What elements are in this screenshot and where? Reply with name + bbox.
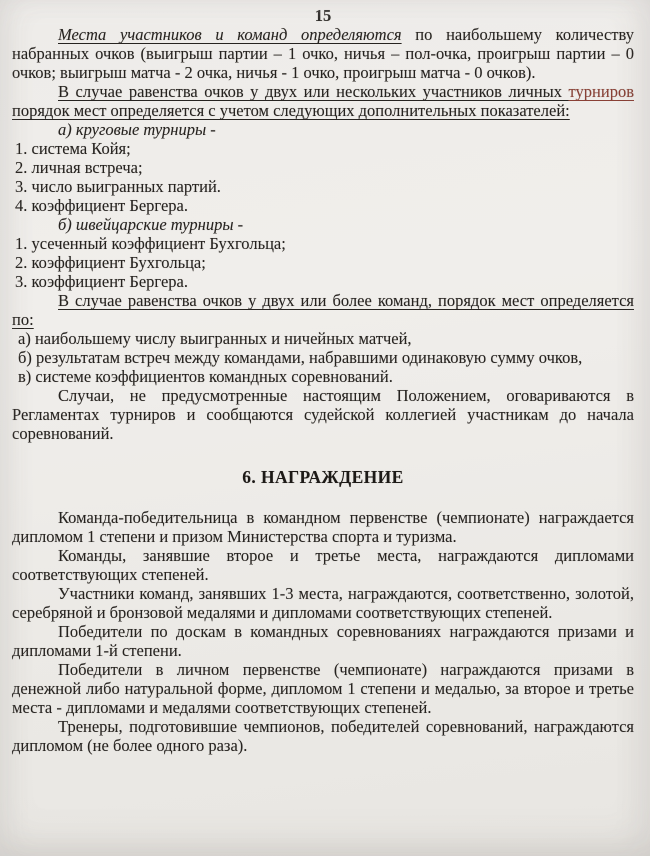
paragraph-tie-individual: В случае равенства очков у двух или неск…	[12, 82, 634, 120]
swiss-list-header: б) швейцарские турниры -	[12, 215, 634, 234]
award-paragraph-team-winner: Команда-победительница в командном перве…	[12, 508, 634, 546]
page-number: 15	[12, 6, 634, 25]
section-heading-awards: 6. НАГРАЖДЕНИЕ	[12, 468, 634, 487]
round-robin-list-header: а) круговые турниры -	[12, 120, 634, 139]
award-paragraph-trainers: Тренеры, подготовившие чемпионов, победи…	[12, 717, 634, 755]
round-robin-item-1: 1. система Койя;	[12, 139, 634, 158]
round-robin-item-3: 3. число выигранных партий.	[12, 177, 634, 196]
paragraph-places: Места участников и команд определяются п…	[12, 25, 634, 82]
award-paragraph-second-third: Команды, занявшие второе и третье места,…	[12, 546, 634, 584]
tie-teams-item-v: в) системе коэффициентов командных сорев…	[12, 367, 634, 386]
round-robin-item-4: 4. коэффициент Бергера.	[12, 196, 634, 215]
swiss-item-2: 2. коэффициент Бухгольца;	[12, 253, 634, 272]
paragraph-special-cases: Случаи, не предусмотренные настоящим Пол…	[12, 386, 634, 443]
round-robin-item-2: 2. личная встреча;	[12, 158, 634, 177]
paragraph-tie-teams: В случае равенства очков у двух или боле…	[12, 291, 634, 329]
document-page: 15 Места участников и команд определяютс…	[0, 0, 650, 856]
tie-individual-part1: В случае равенства очков у двух или неск…	[58, 82, 569, 101]
places-lead-underlined: Места участников и команд определяются	[58, 25, 402, 44]
award-paragraph-individual-winners: Победители в личном первенстве (чемпиона…	[12, 660, 634, 717]
swiss-item-3: 3. коэффициент Бергера.	[12, 272, 634, 291]
award-paragraph-board-winners: Победители по доскам в командных соревно…	[12, 622, 634, 660]
swiss-item-1: 1. усеченный коэффициент Бухгольца;	[12, 234, 634, 253]
tie-individual-highlight: турниров	[569, 82, 634, 101]
tie-teams-item-b: б) результатам встреч между командами, н…	[12, 348, 634, 367]
tie-individual-part2: порядок мест определяется с учетом следу…	[12, 101, 570, 120]
tie-teams-item-a: а) наибольшему числу выигранных и ничейн…	[12, 329, 634, 348]
award-paragraph-team-members: Участники команд, занявших 1-3 места, на…	[12, 584, 634, 622]
tie-teams-underlined: В случае равенства очков у двух или боле…	[12, 291, 634, 329]
